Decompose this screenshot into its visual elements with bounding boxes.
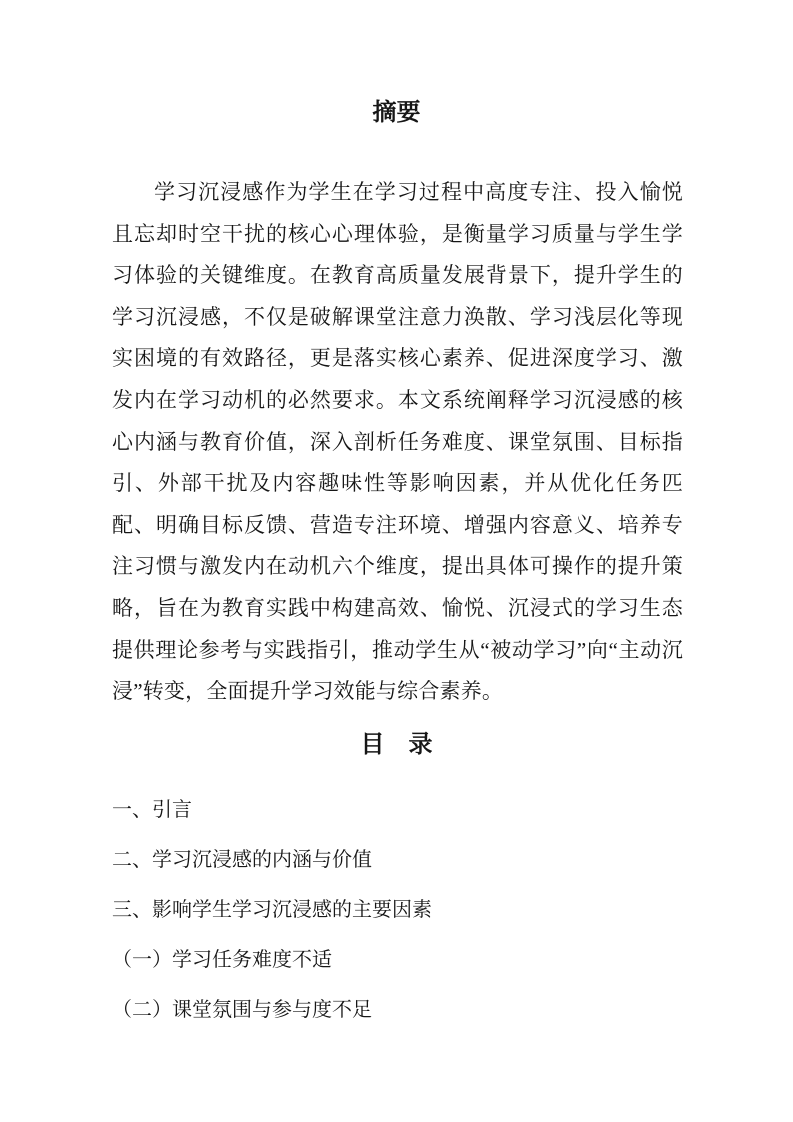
abstract-paragraph: 学习沉浸感作为学生在学习过程中高度专注、投入愉悦且忘却时空干扰的核心心理体验，是… <box>112 172 683 713</box>
toc-item-task-difficulty: （一）学习任务难度不适 <box>112 935 683 985</box>
toc-list: 一、引言 二、学习沉浸感的内涵与价值 三、影响学生学习沉浸感的主要因素 （一）学… <box>112 785 683 1035</box>
toc-item-connotation-value: 二、学习沉浸感的内涵与价值 <box>112 835 683 885</box>
toc-title: 目 录 <box>0 729 793 761</box>
document-page: 摘要 学习沉浸感作为学生在学习过程中高度专注、投入愉悦且忘却时空干扰的核心心理体… <box>0 0 793 1122</box>
toc-item-main-factors: 三、影响学生学习沉浸感的主要因素 <box>112 885 683 935</box>
abstract-title: 摘要 <box>0 97 793 129</box>
toc-item-classroom-atmosphere: （二）课堂氛围与参与度不足 <box>112 985 683 1035</box>
toc-item-introduction: 一、引言 <box>112 785 683 835</box>
